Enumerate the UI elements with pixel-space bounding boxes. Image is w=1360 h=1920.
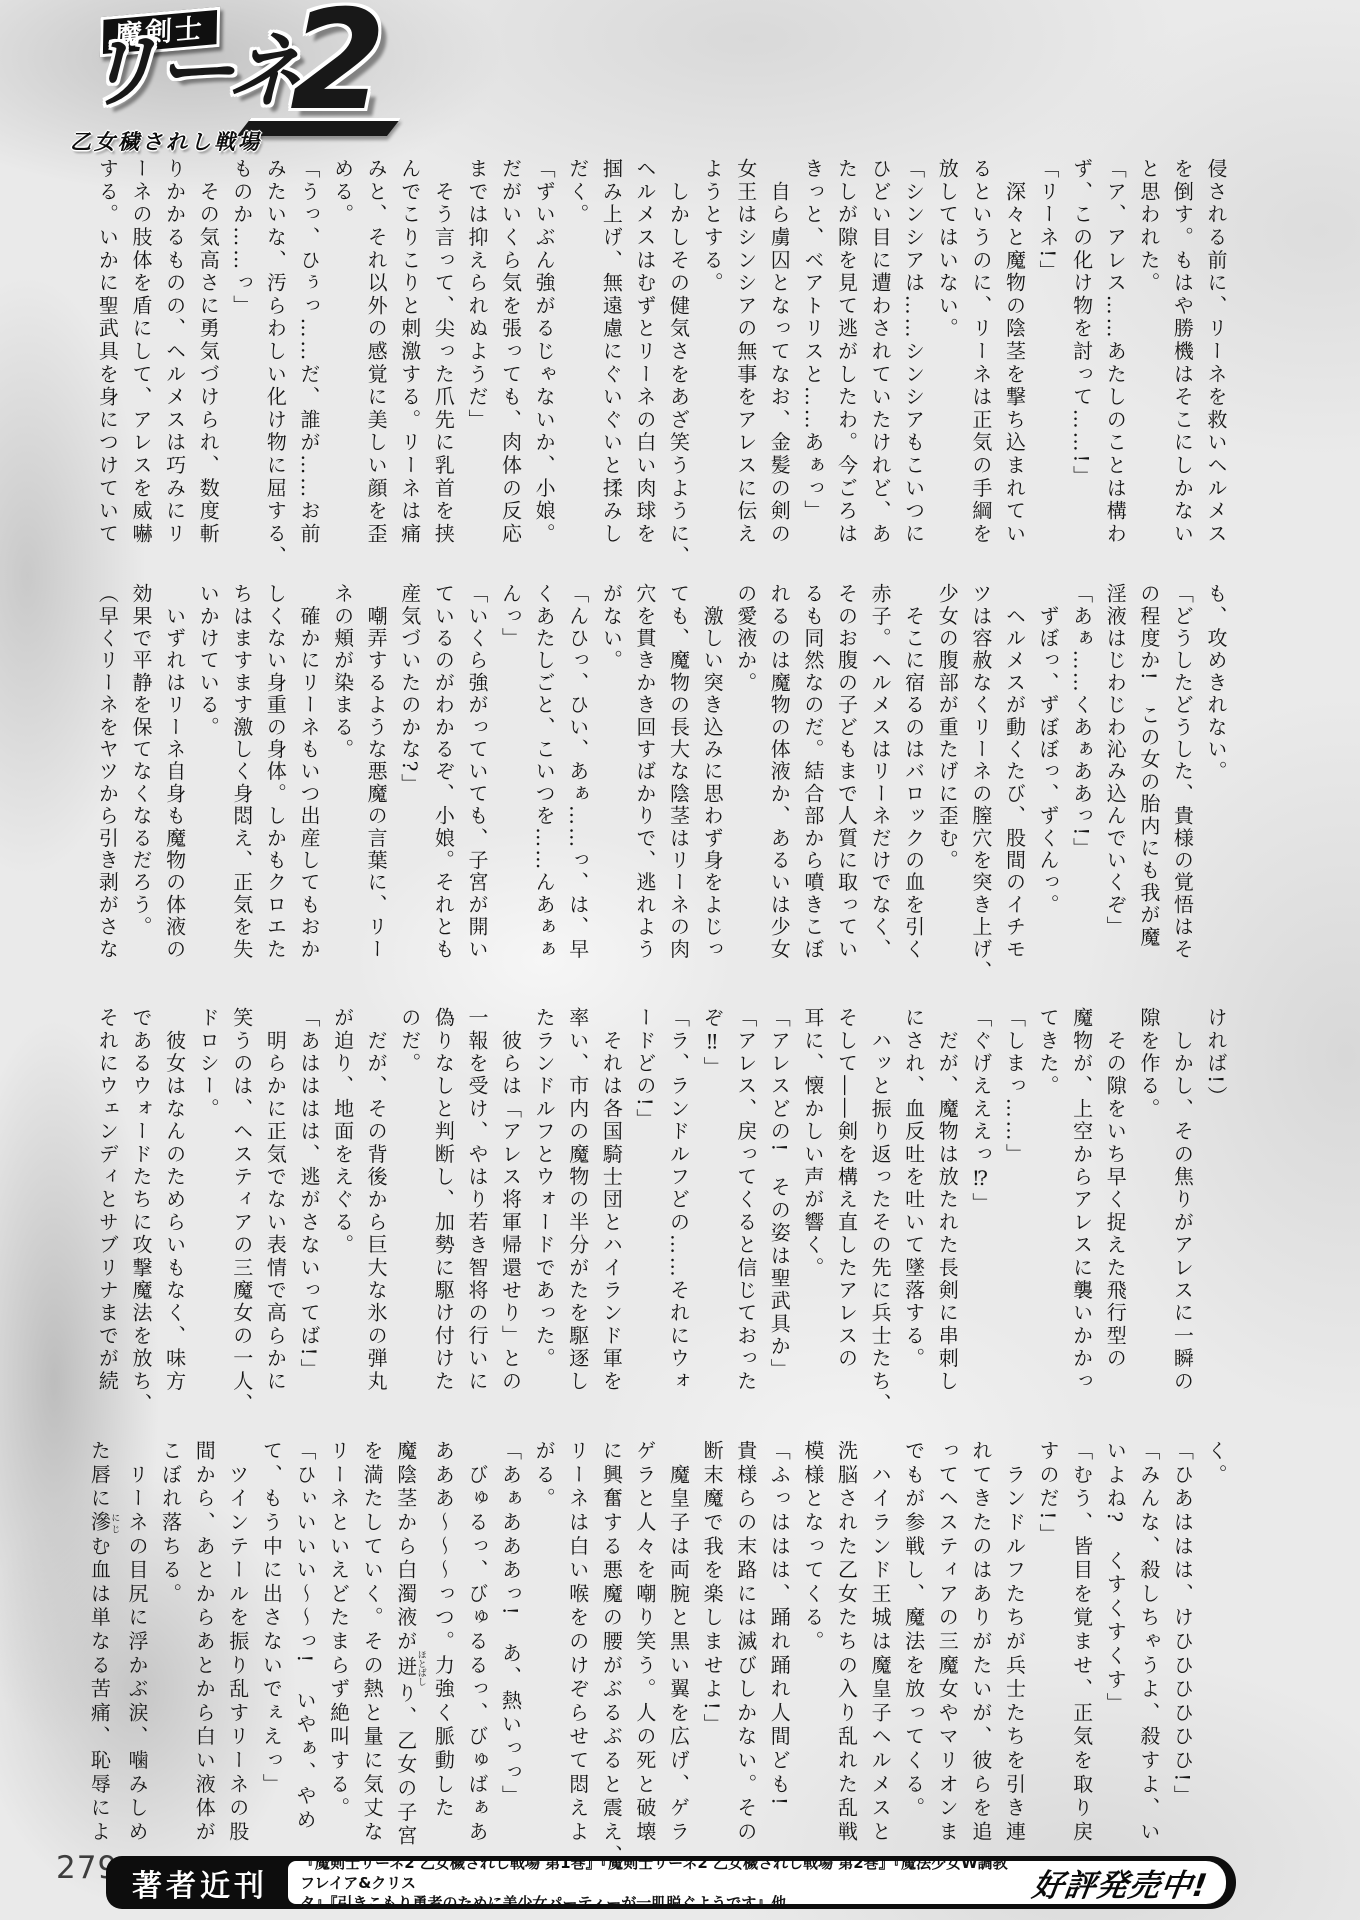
text-column: いかけている。	[191, 583, 225, 961]
text-band-1: 侵される前に、リーネを救いヘルメスを倒す。もはや勝機はそこにしかないと思われた。…	[89, 158, 1232, 546]
text-column: 激しい突き込みに思わず身をよじっ	[695, 583, 729, 961]
text-column: しかしその健気さをあざ笑うように、	[661, 158, 695, 546]
text-column: ゲラと人々を嘲り笑う。人の死と破壊	[627, 1440, 661, 1846]
text-column: 魔陰茎から白濁液が迸ほとばしり、乙女の子宮	[388, 1440, 426, 1846]
text-column: を倒す。もはや勝機はそこにしかない	[1165, 158, 1199, 546]
text-column: 自ら虜囚となってなお、金髪の剣の	[762, 158, 796, 546]
text-column: ランドルフたちが兵士たちを引き連	[997, 1440, 1031, 1846]
text-column: ずぼっ、ずぼぼっ、ずくんっ。	[1030, 583, 1064, 961]
text-column: れるのは魔物の体液か、あるいは少女	[762, 583, 796, 961]
text-column: たしが隙を見て逃がしたわ。今ごろは	[829, 158, 863, 546]
text-column: るというのに、リーネは正気の手綱を	[963, 158, 997, 546]
text-column: であるウォードたちに攻撃魔法を放ち、	[123, 1007, 157, 1393]
text-column: がる。	[527, 1440, 561, 1846]
text-column: 穴を貫きかき回すばかりで、逃れよう	[627, 583, 661, 961]
text-column: みたいな、汚らわしい化け物に屈する、	[258, 158, 292, 546]
text-column: りかかるものの、ヘルメスは巧みにリ	[157, 158, 191, 546]
text-column: ハイランド王城は魔皇子ヘルメスと	[862, 1440, 896, 1846]
text-column: 耳に、懐かしい声が響く。	[795, 1007, 829, 1393]
text-column: リーネの目尻に浮かぶ涙、噛みしめ	[119, 1440, 153, 1846]
book-titles-line2: タ』『引きこもり勇者のために美少女パーティーが一肌脱ぐようです』他	[300, 1893, 1021, 1905]
text-column: のだ。	[392, 1007, 426, 1393]
author-recent-works-label: 著者近刊	[106, 1861, 288, 1905]
text-column: あああ〜〜〜っつ。力強く脈動した	[426, 1440, 460, 1846]
text-column: そして――剣を構え直したアレスの	[829, 1007, 863, 1393]
logo-volume-number: 2	[290, 0, 386, 130]
text-column: 掴み上げ、無遠慮にぐいぐいと揉みし	[594, 158, 628, 546]
text-column: リーネは白い喉をのけぞらせて悶えよ	[560, 1440, 594, 1846]
text-column: そう言って、尖った爪先に乳首を挟	[426, 158, 460, 546]
text-column: と思われた。	[1131, 158, 1165, 546]
text-column: 彼らは「アレス将軍帰還せり」との	[493, 1007, 527, 1393]
text-column: しかし、その焦りがアレスに一瞬の	[1165, 1007, 1199, 1393]
on-sale-badge: 好評発売中!	[1024, 1861, 1226, 1904]
text-column: める。	[325, 158, 359, 546]
text-column: いずれはリーネ自身も魔物の体液の	[157, 583, 191, 961]
text-column: ぞ‼」	[695, 1007, 729, 1393]
text-column: 効果で平静を保てなくなるだろう。	[123, 583, 157, 961]
text-column: 「アレス、戻ってくると信じておった	[728, 1007, 762, 1393]
text-column: の愛液か。	[728, 583, 762, 961]
text-column: を満たしていく。その熱と量に気丈な	[355, 1440, 389, 1846]
text-column: リーネといえどたまらず絶叫する。	[321, 1440, 355, 1846]
text-column: 間から、あとからあとから白い液体が	[187, 1440, 221, 1846]
text-band-3: ければ!） しかし、その焦りがアレスに一瞬の隙を作る。 その隙をいち早く捉えた飛…	[89, 1007, 1232, 1393]
text-band-4: く。「ひあははは、けひひひひひひ!」「みんな、殺しちゃうよ、殺すよ、いいよね? …	[89, 1440, 1232, 1846]
text-column: 模様となってくる。	[795, 1440, 829, 1846]
text-column: 「しまっ……」	[997, 1007, 1031, 1393]
text-column: こぼれ落ちる。	[153, 1440, 187, 1846]
text-column: そのお腹の子どもまで人質に取ってい	[829, 583, 863, 961]
text-column: にされ、血反吐を吐いて墜落する。	[896, 1007, 930, 1393]
text-column: 洗脳された乙女たちの入り乱れた乱戦	[829, 1440, 863, 1846]
text-column: 隙を作る。	[1131, 1007, 1165, 1393]
text-column: るも同然なのだ。結合部から噴きこぼ	[795, 583, 829, 961]
text-column: く。	[1198, 1440, 1232, 1846]
text-column: びゅるっ、びゅるるっ、びゅばぁあ	[459, 1440, 493, 1846]
text-column: しくない身重の身体。しかもクロエた	[258, 583, 292, 961]
text-column: んっ」	[493, 583, 527, 961]
text-column: 深々と魔物の陰茎を撃ち込まれてい	[997, 158, 1031, 546]
text-column: ツは容赦なくリーネの膣穴を突き上げ、	[963, 583, 997, 961]
text-column: ードどの!」	[627, 1007, 661, 1393]
text-column: だが、魔物は放たれた長剣に串刺し	[930, 1007, 964, 1393]
text-column: 「あぁ……くあぁああっ!」	[1064, 583, 1098, 961]
text-column: ツインテールを振り乱すリーネの股	[220, 1440, 254, 1846]
text-column: 「アレスどの! その姿は聖武具か」	[762, 1007, 796, 1393]
text-column: れてきたのはありがたいが、彼らを追	[963, 1440, 997, 1846]
logo-subtitle: 乙女穢されし戦場	[70, 126, 262, 156]
text-column: ひどい目に遭わされていたけれど、あ	[862, 158, 896, 546]
text-column: 「みんな、殺しちゃうよ、殺すよ、い	[1131, 1440, 1165, 1846]
text-column: も、攻めきれない。	[1198, 583, 1232, 961]
text-column: ず、この化け物を討って……!」	[1064, 158, 1098, 546]
text-column: 女王はシンシアの無事をアレスに伝え	[728, 158, 762, 546]
text-column: だがいくら気を張っても、肉体の反応	[493, 158, 527, 546]
text-column: ドロシー。	[191, 1007, 225, 1393]
text-column: 笑うのは、ヘスティアの三魔女の一人、	[224, 1007, 258, 1393]
text-column: んでこりこりと刺激する。リーネは痛	[392, 158, 426, 546]
text-column: ヘルメスはむずとリーネの白い肉球を	[627, 158, 661, 546]
text-column: ければ!）	[1198, 1007, 1232, 1393]
text-band-2: も、攻めきれない。「どうしたどうした、貴様の覚悟はその程度か! この女の胎内にも…	[89, 583, 1232, 961]
text-column: 「ぐげえええっ⁉」	[963, 1007, 997, 1393]
logo-title-text: リーネ	[80, 32, 301, 112]
text-column: ようとする。	[695, 158, 729, 546]
text-column: 「あはははは、逃がさないってば!」	[291, 1007, 325, 1393]
text-column: くあたしごと、こいつを……んあぁぁ	[527, 583, 561, 961]
text-column: 「ラ、ランドルフどの……それにウォ	[661, 1007, 695, 1393]
footer-bar: 著者近刊 『魔剣士リーネ2 乙女穢されし戦場 第1巻』『魔剣士リーネ2 乙女穢さ…	[106, 1856, 1236, 1909]
text-column: きっと、ベアトリスと……あぁっ」	[795, 158, 829, 546]
text-column: 貴様らの末路には滅びしかない。その	[728, 1440, 762, 1846]
text-column: それは各国騎士団とハイランド軍を	[594, 1007, 628, 1393]
text-column: に興奮する悪魔の腰がぶるぶると震え、	[594, 1440, 628, 1846]
text-column: 明らかに正気でない表情で高らかに	[258, 1007, 292, 1393]
text-column: 侵される前に、リーネを救いヘルメス	[1198, 158, 1232, 546]
text-column: その隙をいち早く捉えた飛行型の	[1098, 1007, 1132, 1393]
text-column: 魔物が、上空からアレスに襲いかかっ	[1064, 1007, 1098, 1393]
text-column: 赤子。ヘルメスはリーネだけでなく、	[862, 583, 896, 961]
text-column: 魔皇子は両腕と黒い翼を広げ、ゲラ	[661, 1440, 695, 1846]
text-column: 「リーネ!」	[1030, 158, 1064, 546]
text-column: 彼女はなんのためらいもなく、味方	[157, 1007, 191, 1393]
text-column: 「ひぃいいい〜〜っ! いやぁ、やめ	[287, 1440, 321, 1846]
text-column: その気高さに勇気づけられ、数度斬	[191, 158, 225, 546]
text-column: ーネの肢体を盾にして、アレスを威嚇	[123, 158, 157, 546]
book-titles-line1: 『魔剣士リーネ2 乙女穢されし戦場 第1巻』『魔剣士リーネ2 乙女穢されし戦場 …	[300, 1861, 1021, 1893]
footer-books-box: 『魔剣士リーネ2 乙女穢されし戦場 第1巻』『魔剣士リーネ2 乙女穢されし戦場 …	[288, 1861, 1226, 1904]
text-column: （早くリーネをヤツから引き剥がさな	[90, 583, 124, 961]
text-column: 「シンシアは……シンシアもこいつに	[896, 158, 930, 546]
text-column: 「むう、皆目を覚ませ、正気を取り戻	[1064, 1440, 1098, 1846]
text-column: でもが参戦し、魔法を放ってくる。	[896, 1440, 930, 1846]
text-column: てきた。	[1030, 1007, 1064, 1393]
text-column: それにウェンディとサブリナまでが続	[90, 1007, 124, 1393]
text-column: 確かにリーネもいつ出産してもおか	[291, 583, 325, 961]
text-column: そこに宿るのはバロックの血を引く	[896, 583, 930, 961]
text-column: 「いくら強がっていても、子宮が開い	[459, 583, 493, 961]
text-column: 少女の腹部が重たげに歪む。	[930, 583, 964, 961]
text-column: た唇に滲にじむ血は単なる苦痛、恥辱によ	[82, 1440, 120, 1846]
text-column: すのだ!」	[1030, 1440, 1064, 1846]
book-titles: 『魔剣士リーネ2 乙女穢されし戦場 第1巻』『魔剣士リーネ2 乙女穢されし戦場 …	[288, 1861, 1027, 1904]
text-column: ているのがわかるぞ、小娘。それとも	[426, 583, 460, 961]
text-column: ハッと振り返ったその先に兵士たち、	[862, 1007, 896, 1393]
text-column: だが、その背後から巨大な氷の弾丸	[359, 1007, 393, 1393]
text-column: 偽りなしと判断し、加勢に駆け付けた	[426, 1007, 460, 1393]
text-column: たランドルフとウォードであった。	[527, 1007, 561, 1393]
text-column: 「ずいぶん強がるじゃないか、小娘。	[527, 158, 561, 546]
text-column: 「んひっ、ひい、あぁ……っ、は、早	[560, 583, 594, 961]
text-column: ちはますます激しく身悶え、正気を失	[224, 583, 258, 961]
text-column: 「ひあははは、けひひひひひひ!」	[1165, 1440, 1199, 1846]
text-column: までは抑えられぬようだ」	[459, 158, 493, 546]
text-column: 放してはいない。	[930, 158, 964, 546]
text-column: 淫液はじわじわ沁み込んでいくぞ」	[1098, 583, 1132, 961]
text-column: だく。	[560, 158, 594, 546]
text-column: みと、それ以外の感覚に美しい顔を歪	[359, 158, 393, 546]
text-column: 嘲弄するような悪魔の言葉に、リー	[359, 583, 393, 961]
novel-page: 魔剣士 リーネ 2 乙女穢されし戦場 侵される前に、リーネを救いヘルメスを倒す。…	[0, 0, 1360, 1920]
text-column: 「ふっははは、踊れ踊れ人間ども!	[762, 1440, 796, 1846]
text-column: いよね? くすくすくす」	[1098, 1440, 1132, 1846]
text-column: 「うっ、ひぅっ……だ、誰が……お前	[291, 158, 325, 546]
text-column: ヘルメスが動くたび、股間のイチモ	[997, 583, 1031, 961]
text-column: ても、魔物の長大な陰茎はリーネの肉	[661, 583, 695, 961]
text-column: ネの頬が染まる。	[325, 583, 359, 961]
series-logo: 魔剣士 リーネ 2 乙女穢されし戦場	[58, 6, 398, 158]
text-column: て、もう中に出さないでぇえっ」	[254, 1440, 288, 1846]
text-column: がない。	[594, 583, 628, 961]
text-column: 断末魔で我を楽しませよ!」	[695, 1440, 729, 1846]
text-column: 一報を受け、やはり若き智将の行いに	[459, 1007, 493, 1393]
text-column: の程度か! この女の胎内にも我が魔	[1131, 583, 1165, 961]
text-column: する。いかに聖武具を身につけていて	[90, 158, 124, 546]
text-column: 「ア、アレス……あたしのことは構わ	[1098, 158, 1132, 546]
text-column: が迫り、地面をえぐる。	[325, 1007, 359, 1393]
text-column: ものか……っ」	[224, 158, 258, 546]
text-column: 産気づいたのかな?」	[392, 583, 426, 961]
text-column: 率い、市内の魔物の半分がたを駆逐し	[560, 1007, 594, 1393]
text-column: ってヘスティアの三魔女やマリオンま	[930, 1440, 964, 1846]
text-column: 「どうしたどうした、貴様の覚悟はそ	[1165, 583, 1199, 961]
text-column: 「あぁあああっ! あ、熱いっっ」	[493, 1440, 527, 1846]
